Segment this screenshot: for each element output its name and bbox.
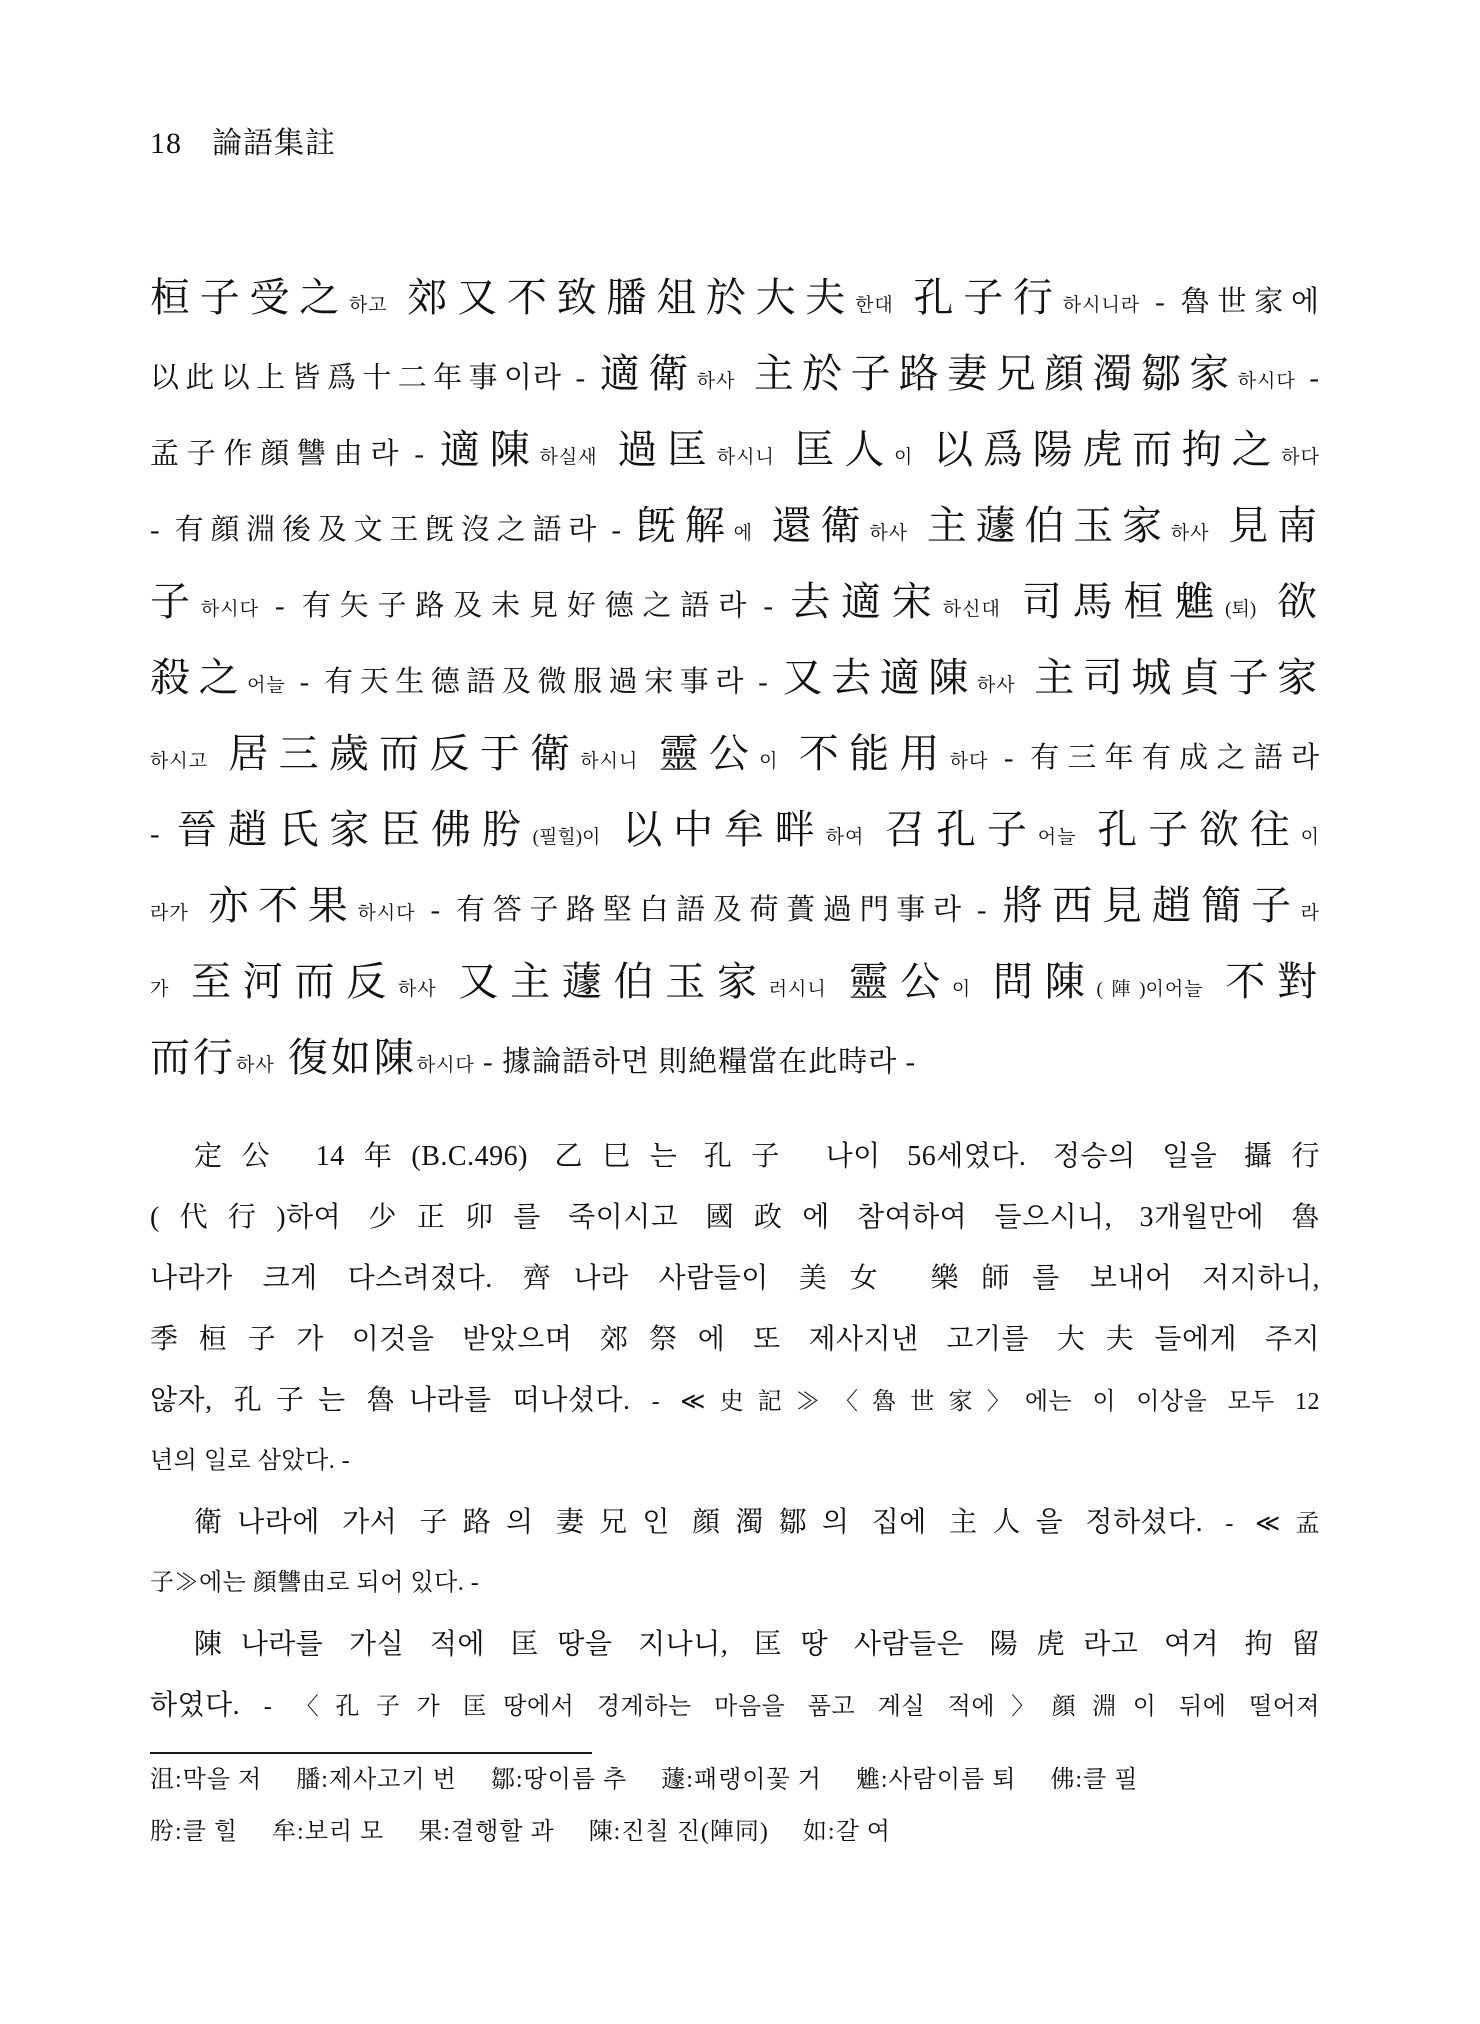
translation-segment-ksmall: 子≫에는 顔讐由로 되어 있다. - xyxy=(150,1570,479,1596)
hanmun-segment-suffix: 하여 xyxy=(826,827,865,848)
hanmun-segment-big: 適衛 xyxy=(600,351,697,396)
hanmun-segment-big: 過匡 xyxy=(598,427,717,472)
hanmun-segment-big: 子 xyxy=(150,579,201,624)
hanmun-segment-suffix: 하시니 xyxy=(717,447,775,468)
hanmun-segment-suffix: 하사 xyxy=(977,675,1016,696)
translation-segment-norm: 衛나라에 가서 子路의 妻兄인 顔濁鄒의 집에 主人을 정하셨다. xyxy=(194,1507,1225,1538)
translation-line: 않자, 孔子는 魯나라를 떠나셨다. - ≪史記≫〈魯世家〉에는 이 이상을 모… xyxy=(150,1370,1320,1431)
hanmun-segment-suffix: 하실새 xyxy=(540,447,598,468)
translation-line: 季桓子가 이것을 받았으며 郊祭에 또 제사지낸 고기를 大夫들에게 주지 xyxy=(150,1309,1320,1370)
page-header: 18論語集註 xyxy=(150,118,1320,162)
glossary-item: 魋:사람이름 퇴 xyxy=(856,1754,1017,1806)
translation-segment-norm: 하였다. xyxy=(150,1690,264,1721)
hanmun-segment-note: - 有天生德語及微服過宋事라 - xyxy=(286,666,783,698)
hanmun-segment-note: - xyxy=(150,818,177,850)
hanmun-segment-big: 召孔子 xyxy=(864,807,1037,852)
glossary-item: 陳:진칠 진(陣同) xyxy=(589,1806,769,1858)
hanmun-line: 以此以上皆爲十二年事이라 - 適衛하사 主於子路妻兄顔濁鄒家하시다 - xyxy=(150,336,1320,412)
translation-line: 나라가 크게 다스려졌다. 齊나라 사람들이 美女 樂師를 보내어 저지하니, xyxy=(150,1248,1320,1309)
hanmun-segment-suffix: 하시니 xyxy=(580,751,638,772)
hanmun-segment-note: - 有三年有成之語라 xyxy=(988,742,1320,774)
hanmun-segment-big: 靈公 xyxy=(827,959,952,1004)
glossary-item: 膰:제사고기 번 xyxy=(296,1754,457,1806)
hanmun-segment-big: 孔子欲往 xyxy=(1076,807,1300,852)
hanmun-segment-big: 不能用 xyxy=(779,731,950,776)
hanmun-segment-suffix: 하사 xyxy=(869,523,908,544)
hanmun-segment-suffix: 하신대 xyxy=(943,599,1001,620)
hanmun-segment-suffix: 하시다 xyxy=(201,599,259,620)
hanmun-line: 孟子作顔讐由라 - 適陳하실새 過匡하시니 匡人이 以爲陽虎而拘之하다 xyxy=(150,412,1320,488)
glossary-item: 如:갈 여 xyxy=(803,1806,891,1858)
translation-segment-ksmall: 년의 일로 삼았다. - xyxy=(150,1448,350,1474)
hanmun-line: 하시고 居三歲而反于衛하시니 靈公이 不能用하다 - 有三年有成之語라 xyxy=(150,716,1320,792)
hanmun-line: 라가 亦不果하시다 - 有答子路堅白語及荷蕢過門事라 - 將西見趙簡子라 xyxy=(150,868,1320,944)
glossary-block: 沮:막을 저膰:제사고기 번鄒:땅이름 추蘧:패랭이꽃 거魋:사람이름 퇴佛:클… xyxy=(150,1752,1320,1858)
translation-line: 衛나라에 가서 子路의 妻兄인 顔濁鄒의 집에 主人을 정하셨다. - ≪孟 xyxy=(150,1492,1320,1553)
page-content: 18論語集註 桓子受之하고 郊又不致膰俎於大夫한대 孔子行하시니라 - 魯世家에… xyxy=(150,0,1320,1858)
glossary-item: 肹:클 힐 xyxy=(150,1806,238,1858)
hanmun-segment-suffix: 라 xyxy=(1301,903,1320,924)
hanmun-segment-suffix: 하사 xyxy=(398,979,437,1000)
hanmun-line: - 晉趙氏家臣佛肹(필힐)이 以中牟畔하여 召孔子어늘 孔子欲往이 xyxy=(150,792,1320,868)
hanmun-segment-suffix: 하시다 xyxy=(417,1055,475,1076)
hanmun-segment-suffix: 이 xyxy=(759,751,778,772)
translation-segment-ksmall: - ≪孟 xyxy=(1225,1511,1320,1537)
hanmun-segment-big: 殺之 xyxy=(150,655,247,700)
glossary-item: 鄒:땅이름 추 xyxy=(491,1754,627,1806)
hanmun-segment-note: - 魯世家에 xyxy=(1140,286,1320,318)
hanmun-segment-suffix: 이 xyxy=(894,447,913,468)
translation-segment-norm: 않자, 孔子는 魯나라를 떠나셨다. xyxy=(150,1385,652,1416)
hanmun-segment-suffix: 하사 xyxy=(236,1055,275,1076)
hanmun-line: 桓子受之하고 郊又不致膰俎於大夫한대 孔子行하시니라 - 魯世家에 xyxy=(150,260,1320,336)
hanmun-segment-big: 問陳 xyxy=(971,959,1096,1004)
hanmun-segment-big: 亦不果 xyxy=(189,883,358,928)
translation-segment-norm: (代行)하여 少正卯를 죽이시고 國政에 참여하여 들으시니, 3개월만에 魯 xyxy=(150,1202,1320,1233)
book-title: 論語集註 xyxy=(212,127,336,160)
hanmun-segment-big: 主於子路妻兄顔濁鄒家 xyxy=(735,351,1237,396)
glossary-item: 佛:클 필 xyxy=(1050,1754,1138,1806)
hanmun-segment-big: 又去適陳 xyxy=(783,655,977,700)
hanmun-segment-small: (퇴) xyxy=(1225,599,1256,620)
hanmun-segment-big: 主蘧伯玉家 xyxy=(908,503,1171,548)
translation-line: 子≫에는 顔讐由로 되어 있다. - xyxy=(150,1553,1320,1614)
translation-segment-ksmall: - 〈孔子가 匡땅에서 경계하는 마음을 품고 계실 적에〉顔淵이 뒤에 떨어져 xyxy=(264,1694,1320,1720)
hanmun-segment-big: 孔子行 xyxy=(894,275,1063,320)
glossary-item: 牟:보리 모 xyxy=(272,1806,384,1858)
book-page: 18論語集註 桓子受之하고 郊又不致膰俎於大夫한대 孔子行하시니라 - 魯世家에… xyxy=(0,0,1480,2024)
glossary-item: 沮:막을 저 xyxy=(150,1754,262,1806)
hanmun-segment-big: 適陳 xyxy=(440,427,539,472)
hanmun-segment-big: 主司城貞子家 xyxy=(1016,655,1320,700)
hanmun-segment-note: - 有答子路堅白語及荷蕢過門事라 - xyxy=(416,894,1003,926)
translation-line: (代行)하여 少正卯를 죽이시고 國政에 참여하여 들으시니, 3개월만에 魯 xyxy=(150,1187,1320,1248)
translation-segment-ksmall: - ≪史記≫〈魯世家〉에는 이 이상을 모두 12 xyxy=(652,1389,1320,1415)
hanmun-line: 殺之어늘 - 有天生德語及微服過宋事라 - 又去適陳하사 主司城貞子家 xyxy=(150,640,1320,716)
hanmun-segment-big: 旣解 xyxy=(636,503,734,548)
hanmun-segment-big: 欲 xyxy=(1256,579,1320,624)
hanmun-segment-big: 匡人 xyxy=(775,427,894,472)
hanmun-segment-suffix: 하다 xyxy=(1281,447,1320,468)
hanmun-segment-suffix: 러시니 xyxy=(769,979,827,1000)
hanmun-segment-big: 見南 xyxy=(1209,503,1320,548)
hanmun-segment-note: - xyxy=(1296,362,1320,394)
hanmun-segment-suffix: 하다 xyxy=(950,751,989,772)
hanmun-segment-big: 晉趙氏家臣佛肹 xyxy=(177,807,533,852)
hanmun-segment-note: - 有顔淵後及文王旣沒之語라 - xyxy=(150,514,636,546)
hanmun-segment-big: 去適宋 xyxy=(790,579,943,624)
hanmun-segment-suffix: 어늘 xyxy=(1038,827,1077,848)
translation-line: 陳나라를 가실 적에 匡땅을 지나니, 匡땅 사람들은 陽虎라고 여겨 拘留 xyxy=(150,1614,1320,1675)
hanmun-segment-suffix: 하사 xyxy=(697,371,736,392)
hanmun-segment-big: 司馬桓魋 xyxy=(1001,579,1225,624)
translation-line: 하였다. - 〈孔子가 匡땅에서 경계하는 마음을 품고 계실 적에〉顔淵이 뒤… xyxy=(150,1675,1320,1736)
translation-line: 년의 일로 삼았다. - xyxy=(150,1431,1320,1492)
hanmun-segment-small: (필힐) xyxy=(533,827,582,848)
hanmun-segment-note: - 據論語하면 則絶糧當在此時라 - xyxy=(475,1046,916,1078)
hanmun-line: - 有顔淵後及文王旣沒之語라 - 旣解에 還衛하사 主蘧伯玉家하사 見南 xyxy=(150,488,1320,564)
hanmun-segment-suffix: 이어늘 xyxy=(1146,979,1204,1000)
hanmun-segment-suffix: 하고 xyxy=(349,295,388,316)
hanmun-segment-big: 以中牟畔 xyxy=(601,807,825,852)
hanmun-segment-big: 不對 xyxy=(1204,959,1320,1004)
hanmun-segment-suffix: 이 xyxy=(952,979,971,1000)
hanmun-segment-big: 桓子受之 xyxy=(150,275,349,320)
glossary-line: 沮:막을 저膰:제사고기 번鄒:땅이름 추蘧:패랭이꽃 거魋:사람이름 퇴佛:클… xyxy=(150,1754,1320,1806)
hanmun-segment-big: 而行 xyxy=(150,1035,236,1080)
hanmun-segment-suffix: 라가 xyxy=(150,903,189,924)
hanmun-segment-big: 居三歲而反于衛 xyxy=(208,731,580,776)
hanmun-segment-big: 靈公 xyxy=(638,731,759,776)
glossary-item: 果:결행할 과 xyxy=(418,1806,554,1858)
glossary-item: 蘧:패랭이꽃 거 xyxy=(661,1754,822,1806)
hanmun-segment-big: 郊又不致膰俎於大夫 xyxy=(388,275,855,320)
hanmun-segment-suffix: 하시다 xyxy=(1238,371,1296,392)
hanmun-segment-big: 將西見趙簡子 xyxy=(1003,883,1301,928)
hanmun-segment-suffix: 하시고 xyxy=(150,751,208,772)
hanmun-segment-suffix: 이 xyxy=(582,827,601,848)
hanmun-segment-big: 以爲陽虎而拘之 xyxy=(913,427,1281,472)
hanmun-segment-big: 又主蘧伯玉家 xyxy=(437,959,769,1004)
hanmun-segment-suffix: 하시니라 xyxy=(1063,295,1140,316)
hanmun-segment-suffix: 하시다 xyxy=(357,903,415,924)
translation-line: 定公 14年(B.C.496) 乙巳는 孔子 나이 56세였다. 정승의 일을 … xyxy=(150,1126,1320,1187)
hanmun-segment-note: - 有矢子路及未見好德之語라 - xyxy=(259,590,790,622)
hanmun-line: 가 至河而反하사 又主蘧伯玉家러시니 靈公이 問陳(陣)이어늘 不對 xyxy=(150,944,1320,1020)
hanmun-text-block: 桓子受之하고 郊又不致膰俎於大夫한대 孔子行하시니라 - 魯世家에以此以上皆爲十… xyxy=(150,260,1320,1096)
translation-segment-norm: 季桓子가 이것을 받았으며 郊祭에 또 제사지낸 고기를 大夫들에게 주지 xyxy=(150,1324,1320,1355)
hanmun-segment-suffix: 이 xyxy=(1301,827,1320,848)
hanmun-segment-big: 復如陳 xyxy=(275,1035,417,1080)
hanmun-segment-big: 至河而反 xyxy=(169,959,398,1004)
page-number: 18 xyxy=(150,127,182,160)
hanmun-segment-note: 孟子作顔讐由라 - xyxy=(150,438,440,470)
hanmun-line: 子하시다 - 有矢子路及未見好德之語라 - 去適宋하신대 司馬桓魋(퇴) 欲 xyxy=(150,564,1320,640)
glossary-lines: 沮:막을 저膰:제사고기 번鄒:땅이름 추蘧:패랭이꽃 거魋:사람이름 퇴佛:클… xyxy=(150,1754,1320,1858)
hanmun-segment-note: 以此以上皆爲十二年事이라 - xyxy=(150,362,600,394)
hanmun-segment-small: (陣) xyxy=(1096,979,1145,1000)
hanmun-line: 而行하사 復如陳하시다 - 據論語하면 則絶糧當在此時라 - xyxy=(150,1020,1320,1096)
hanmun-segment-suffix: 가 xyxy=(150,979,169,1000)
translation-segment-norm: 나라가 크게 다스려졌다. 齊나라 사람들이 美女 樂師를 보내어 저지하니, xyxy=(150,1263,1320,1294)
translation-block: 定公 14年(B.C.496) 乙巳는 孔子 나이 56세였다. 정승의 일을 … xyxy=(150,1126,1320,1736)
hanmun-segment-suffix: 한대 xyxy=(855,295,894,316)
translation-segment-norm: 陳나라를 가실 적에 匡땅을 지나니, 匡땅 사람들은 陽虎라고 여겨 拘留 xyxy=(194,1629,1320,1660)
translation-segment-norm: 定公 14年(B.C.496) 乙巳는 孔子 나이 56세였다. 정승의 일을 … xyxy=(194,1141,1320,1172)
hanmun-segment-suffix: 하사 xyxy=(1171,523,1210,544)
hanmun-segment-suffix: 에 xyxy=(734,523,753,544)
hanmun-segment-big: 還衛 xyxy=(753,503,869,548)
hanmun-segment-suffix: 어늘 xyxy=(247,675,286,696)
glossary-line: 肹:클 힐牟:보리 모果:결행할 과陳:진칠 진(陣同)如:갈 여 xyxy=(150,1806,1320,1858)
